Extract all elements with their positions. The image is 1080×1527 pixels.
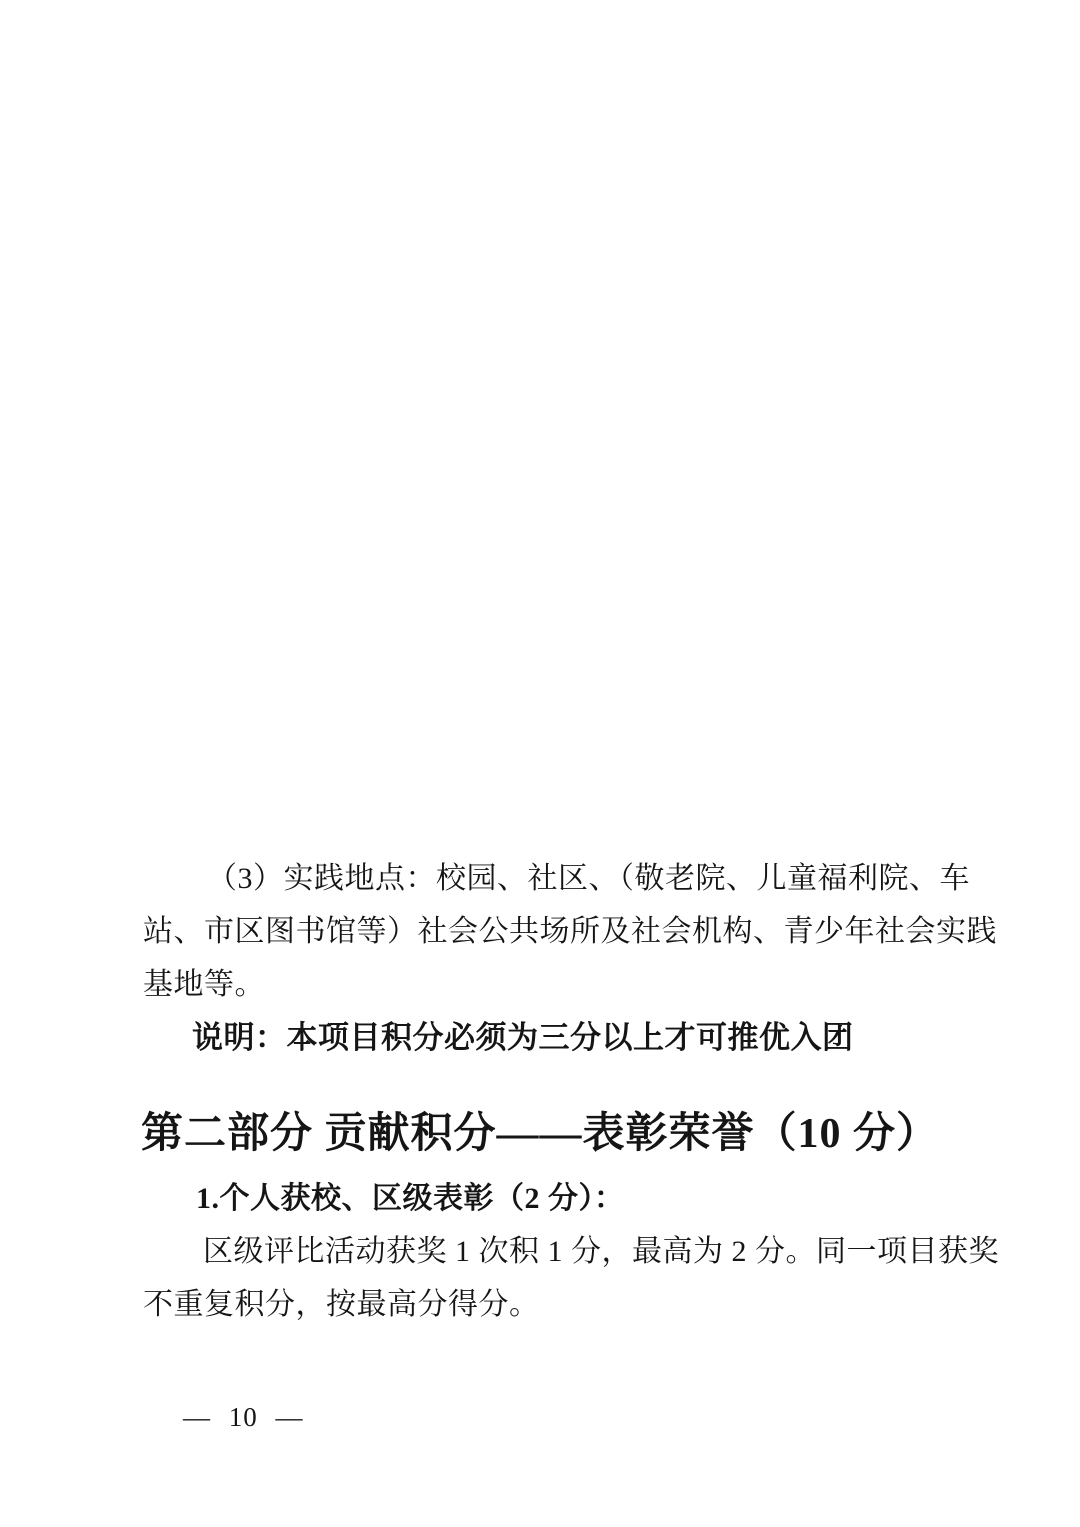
item-body-line-1: 区级评比活动获奖 1 次积 1 分，最高为 2 分。同一项目获奖	[203, 1235, 999, 1270]
paragraph-practice-line-3: 基地等。	[143, 968, 265, 1003]
paragraph-practice-line-1: （3）实践地点：校园、社区、（敬老院、儿童福利院、车	[207, 862, 970, 897]
item-title: 1.个人获校、区级表彰（2 分）：	[196, 1182, 625, 1217]
item-body-line-2: 不重复积分，按最高分得分。	[143, 1288, 540, 1323]
note-line: 说明：本项目积分必须为三分以上才可推优入团	[192, 1020, 854, 1056]
section-heading: 第二部分 贡献积分——表彰荣誉（10 分）	[0, 1110, 1080, 1158]
paragraph-practice-line-2: 站、市区图书馆等）社会公共场所及社会机构、青少年社会实践	[143, 915, 997, 950]
page-number: — 10 —	[183, 1402, 304, 1433]
document-page: （3）实践地点：校园、社区、（敬老院、儿童福利院、车 站、市区图书馆等）社会公共…	[0, 0, 1080, 1527]
